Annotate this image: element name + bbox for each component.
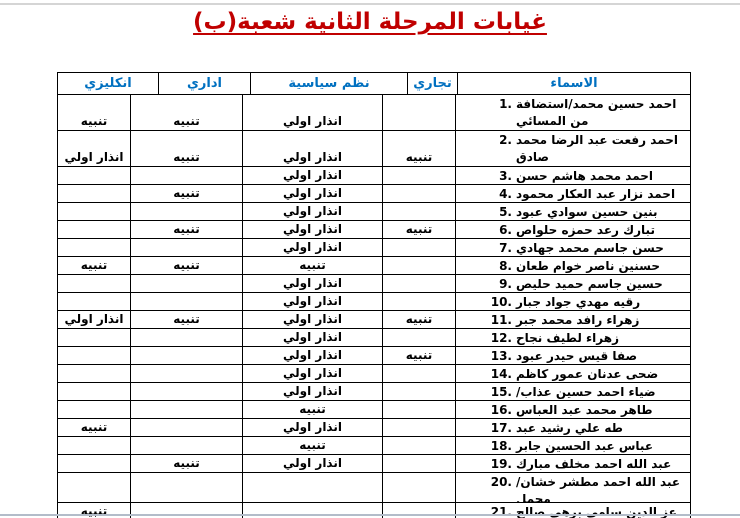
student-name: طه علي رشيد عبد — [512, 420, 690, 437]
table-row: تنبيه16.طاهر محمد عبد العباس محمد — [58, 401, 690, 419]
row-number: 8. — [456, 258, 512, 275]
cell-commercial — [383, 473, 456, 503]
cell-admin — [131, 383, 243, 401]
cell-name: 11.زهراء رافد محمد جبر — [456, 311, 690, 329]
cell-admin — [131, 365, 243, 383]
header-cell-english: انكليزي — [58, 73, 159, 95]
table-header-row: انكليزي اداري نظم سياسية تجاري الاسماء — [58, 73, 690, 95]
cell-political: انذار اولي — [243, 419, 383, 437]
row-number: 20. — [456, 474, 512, 491]
cell-admin: تنبيه — [131, 257, 243, 275]
cell-name: 12.زهراء لطيف نجاح — [456, 329, 690, 347]
row-number: 11. — [456, 312, 512, 329]
student-name: عبد الله احمد مطشر خشان/ محمل — [512, 474, 690, 503]
cell-english — [58, 437, 131, 455]
row-number: 7. — [456, 240, 512, 257]
cell-english — [58, 293, 131, 311]
cell-admin — [131, 419, 243, 437]
row-number: 1. — [456, 96, 512, 113]
cell-political: انذار اولي — [243, 167, 383, 185]
table-row: انذار اوليتنبيهانذار اوليتنبيه11.زهراء ر… — [58, 311, 690, 329]
table-row: تنبيهانذار اولي4.احمد نزار عبد العكار مح… — [58, 185, 690, 203]
cell-commercial — [383, 401, 456, 419]
cell-commercial — [383, 257, 456, 275]
student-name: ضياء احمد حسين عذاب/ محمل — [512, 384, 690, 401]
table-row: انذار اولي15.ضياء احمد حسين عذاب/ محمل — [58, 383, 690, 401]
cell-english — [58, 383, 131, 401]
table-row: 20.عبد الله احمد مطشر خشان/ محمل — [58, 473, 690, 503]
cell-political: انذار اولي — [243, 239, 383, 257]
student-name: تبارك رعد حمزه حلواص — [512, 222, 690, 239]
student-name: حسين جاسم حميد حليص — [512, 276, 690, 293]
cell-name: 13.صفا قيس حيدر عبود — [456, 347, 690, 365]
cell-english: انذار اولي — [58, 311, 131, 329]
cell-admin: تنبيه — [131, 185, 243, 203]
row-number: 9. — [456, 276, 512, 293]
table-row: انذار اوليتنبيهانذار اوليتنبيه2.احمد رفع… — [58, 131, 690, 167]
cell-name: 18.عباس عبد الحسين جابر عطيه — [456, 437, 690, 455]
header-cell-admin: اداري — [159, 73, 251, 95]
cell-political: تنبيه — [243, 401, 383, 419]
cell-english — [58, 401, 131, 419]
cell-english — [58, 455, 131, 473]
student-name: احمد رفعت عبد الرضا محمد صادق — [512, 132, 690, 166]
table-row: انذار اولي7.حسن جاسم محمد جهادي — [58, 239, 690, 257]
cell-english: تنبيه — [58, 95, 131, 131]
cell-political: انذار اولي — [243, 275, 383, 293]
cell-english — [58, 365, 131, 383]
student-name: عباس عبد الحسين جابر عطيه — [512, 438, 690, 455]
cell-name: 20.عبد الله احمد مطشر خشان/ محمل — [456, 473, 690, 503]
table-row: انذار اولي12.زهراء لطيف نجاح — [58, 329, 690, 347]
cell-political: انذار اولي — [243, 347, 383, 365]
cell-english — [58, 239, 131, 257]
cell-commercial: تنبيه — [383, 311, 456, 329]
cell-name: 5.بنين حسين سوادي عبود — [456, 203, 690, 221]
cell-admin — [131, 239, 243, 257]
cell-political: انذار اولي — [243, 311, 383, 329]
cell-admin: تنبيه — [131, 221, 243, 239]
student-name: طاهر محمد عبد العباس محمد — [512, 402, 690, 419]
cell-commercial — [383, 293, 456, 311]
cell-admin — [131, 401, 243, 419]
cell-name: 2.احمد رفعت عبد الرضا محمد صادق — [456, 131, 690, 167]
cell-english: تنبيه — [58, 419, 131, 437]
row-number: 12. — [456, 330, 512, 347]
cell-commercial: تنبيه — [383, 221, 456, 239]
row-number: 10. — [456, 294, 512, 311]
cell-english — [58, 203, 131, 221]
student-name: احمد نزار عبد العكار محمود — [512, 186, 690, 203]
cell-english: تنبيه — [58, 257, 131, 275]
cell-commercial: تنبيه — [383, 347, 456, 365]
cell-admin: تنبيه — [131, 95, 243, 131]
cell-name: 9.حسين جاسم حميد حليص — [456, 275, 690, 293]
table-row: تنبيهتنبيهانذار اولي1.احمد حسين محمد/است… — [58, 95, 690, 131]
cell-name: 19.عبد الله احمد مخلف مبارك — [456, 455, 690, 473]
table-row: انذار اولي10.رقيه مهدي جواد جبار — [58, 293, 690, 311]
table-row: تنبيهتنبيهتنبيه8.حسنين ناصر خوام طعان — [58, 257, 690, 275]
cell-political: انذار اولي — [243, 383, 383, 401]
student-name: حسنين ناصر خوام طعان — [512, 258, 690, 275]
cell-admin — [131, 293, 243, 311]
cell-admin: تنبيه — [131, 131, 243, 167]
cell-admin: تنبيه — [131, 311, 243, 329]
absence-table: انكليزي اداري نظم سياسية تجاري الاسماء ت… — [57, 72, 691, 518]
cell-political: انذار اولي — [243, 221, 383, 239]
cell-name: 4.احمد نزار عبد العكار محمود — [456, 185, 690, 203]
cell-english — [58, 221, 131, 239]
cell-name: 1.احمد حسين محمد/استضافة من المسائي — [456, 95, 690, 131]
table-row: انذار اوليتنبيه13.صفا قيس حيدر عبود — [58, 347, 690, 365]
table-row: انذار اولي5.بنين حسين سوادي عبود — [58, 203, 690, 221]
cell-commercial — [383, 365, 456, 383]
cell-political: انذار اولي — [243, 185, 383, 203]
table-row: انذار اولي14.ضحى عدنان عمور كاظم — [58, 365, 690, 383]
cell-admin — [131, 473, 243, 503]
cell-commercial — [383, 383, 456, 401]
row-number: 14. — [456, 366, 512, 383]
row-number: 2. — [456, 132, 512, 149]
student-name: عبد الله احمد مخلف مبارك — [512, 456, 690, 473]
student-name: زهراء رافد محمد جبر — [512, 312, 690, 329]
student-name: احمد محمد هاشم حسن — [512, 168, 690, 185]
cell-commercial — [383, 203, 456, 221]
cell-political: انذار اولي — [243, 329, 383, 347]
row-number: 17. — [456, 420, 512, 437]
cell-english — [58, 347, 131, 365]
cell-admin — [131, 275, 243, 293]
cell-name: 14.ضحى عدنان عمور كاظم — [456, 365, 690, 383]
cell-name: 7.حسن جاسم محمد جهادي — [456, 239, 690, 257]
row-number: 13. — [456, 348, 512, 365]
cell-commercial: تنبيه — [383, 131, 456, 167]
table-row: تنبيهانذار اولي17.طه علي رشيد عبد — [58, 419, 690, 437]
row-number: 15. — [456, 384, 512, 401]
cell-name: 3.احمد محمد هاشم حسن — [456, 167, 690, 185]
cell-admin — [131, 347, 243, 365]
cell-english — [58, 185, 131, 203]
header-cell-commercial: تجاري — [408, 73, 458, 95]
cell-name: 17.طه علي رشيد عبد — [456, 419, 690, 437]
cell-name: 8.حسنين ناصر خوام طعان — [456, 257, 690, 275]
cell-name: 6.تبارك رعد حمزه حلواص — [456, 221, 690, 239]
page-title: غيابات المرحلة الثانية شعبة(ب) — [0, 9, 740, 35]
table-row: انذار اولي9.حسين جاسم حميد حليص — [58, 275, 690, 293]
page-top-rule — [0, 3, 740, 5]
cell-political: تنبيه — [243, 437, 383, 455]
header-cell-names: الاسماء — [458, 73, 690, 95]
page-title-text: غيابات المرحلة الثانية شعبة(ب) — [193, 9, 547, 35]
cell-political: انذار اولي — [243, 203, 383, 221]
row-number: 5. — [456, 204, 512, 221]
cell-admin — [131, 167, 243, 185]
cell-admin — [131, 437, 243, 455]
cell-admin: تنبيه — [131, 455, 243, 473]
cell-political: تنبيه — [243, 257, 383, 275]
row-number: 19. — [456, 456, 512, 473]
cell-english — [58, 275, 131, 293]
row-number: 4. — [456, 186, 512, 203]
cell-english — [58, 473, 131, 503]
cell-name: 16.طاهر محمد عبد العباس محمد — [456, 401, 690, 419]
student-name: رقيه مهدي جواد جبار — [512, 294, 690, 311]
row-number: 3. — [456, 168, 512, 185]
cell-political: انذار اولي — [243, 365, 383, 383]
cell-commercial — [383, 419, 456, 437]
cell-commercial — [383, 329, 456, 347]
table-row: تنبيهانذار اولي19.عبد الله احمد مخلف مبا… — [58, 455, 690, 473]
cell-commercial — [383, 437, 456, 455]
student-name: احمد حسين محمد/استضافة من المسائي — [512, 96, 690, 130]
row-number: 18. — [456, 438, 512, 455]
student-name: بنين حسين سوادي عبود — [512, 204, 690, 221]
cell-commercial — [383, 185, 456, 203]
cell-commercial — [383, 95, 456, 131]
student-name: صفا قيس حيدر عبود — [512, 348, 690, 365]
cell-political: انذار اولي — [243, 293, 383, 311]
cell-commercial — [383, 239, 456, 257]
cell-name: 10.رقيه مهدي جواد جبار — [456, 293, 690, 311]
cell-admin — [131, 329, 243, 347]
page-bottom-rule — [0, 514, 740, 516]
row-number: 16. — [456, 402, 512, 419]
cell-commercial — [383, 167, 456, 185]
cell-admin — [131, 203, 243, 221]
table-row: انذار اولي3.احمد محمد هاشم حسن — [58, 167, 690, 185]
header-cell-political: نظم سياسية — [251, 73, 408, 95]
cell-political: انذار اولي — [243, 95, 383, 131]
table-row: تنبيه18.عباس عبد الحسين جابر عطيه — [58, 437, 690, 455]
student-name: ضحى عدنان عمور كاظم — [512, 366, 690, 383]
table-row: تنبيهانذار اوليتنبيه6.تبارك رعد حمزه حلو… — [58, 221, 690, 239]
row-number: 6. — [456, 222, 512, 239]
cell-name: 15.ضياء احمد حسين عذاب/ محمل — [456, 383, 690, 401]
cell-political: انذار اولي — [243, 455, 383, 473]
cell-commercial — [383, 275, 456, 293]
cell-english: انذار اولي — [58, 131, 131, 167]
cell-commercial — [383, 455, 456, 473]
cell-english — [58, 329, 131, 347]
student-name: حسن جاسم محمد جهادي — [512, 240, 690, 257]
student-name: زهراء لطيف نجاح — [512, 330, 690, 347]
cell-english — [58, 167, 131, 185]
table-body: تنبيهتنبيهانذار اولي1.احمد حسين محمد/است… — [58, 95, 690, 518]
cell-political: انذار اولي — [243, 131, 383, 167]
cell-political — [243, 473, 383, 503]
